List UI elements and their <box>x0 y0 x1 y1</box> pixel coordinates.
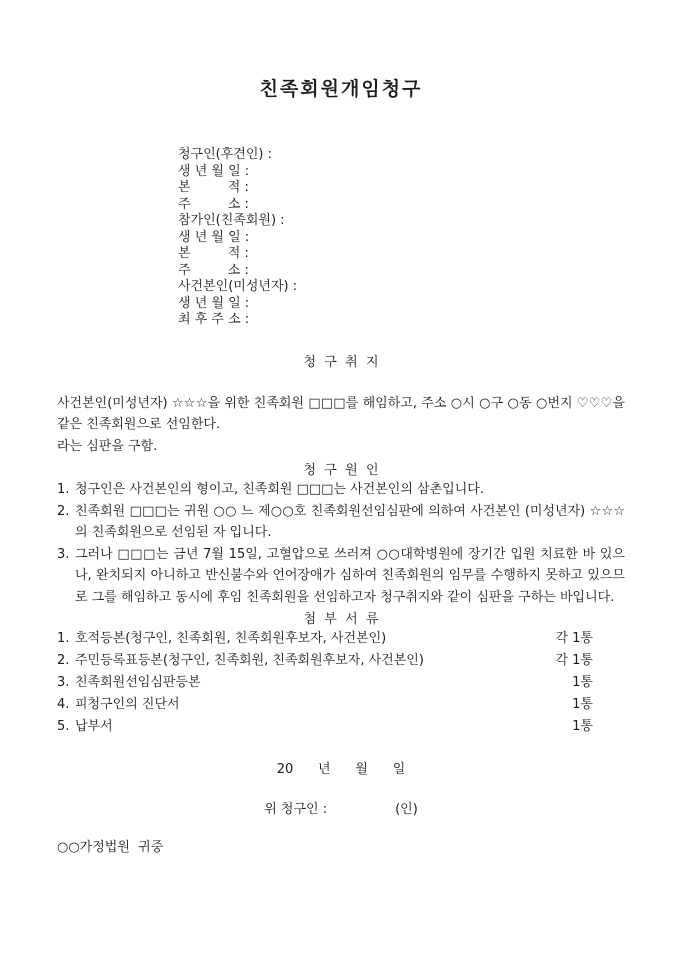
attachment-name: 주민등록표등본(청구인, 친족회원, 친족회원후보자, 사건본인) <box>75 650 535 672</box>
attachment-count: 각 1통 <box>535 628 593 650</box>
item-text: 친족회원 □□□는 귀원 ○○ 느 제○○호 친족회원선임심판에 의하여 사건본… <box>75 501 625 544</box>
claim-cause-item: 1. 청구인은 사건본인의 형이고, 친족회원 □□□는 사건본인의 삼촌입니다… <box>57 479 625 501</box>
claimant-guardian-label: 청구인(후견인) : <box>178 147 625 164</box>
attachments-heading: 첨 부 서 류 <box>57 612 625 628</box>
participant-family-member-label: 참가인(친족회원) : <box>178 213 625 230</box>
item-text: 그러나 □□□는 금년 7월 15일, 고혈압으로 쓰러져 ○○대학병원에 장기… <box>75 544 625 609</box>
address-label: 주 소 : <box>178 197 625 214</box>
attachment-row: 5. 납부서 1통 <box>57 716 625 738</box>
attachment-row: 2. 주민등록표등본(청구인, 친족회원, 친족회원후보자, 사건본인) 각 1… <box>57 650 625 672</box>
registered-domicile-label: 본 적 : <box>178 180 625 197</box>
item-number: 3. <box>57 544 75 609</box>
item-number: 3. <box>57 672 75 694</box>
claim-cause-item: 2. 친족회원 □□□는 귀원 ○○ 느 제○○호 친족회원선임심판에 의하여 … <box>57 501 625 544</box>
attachment-name: 피청구인의 진단서 <box>75 694 535 716</box>
item-number: 2. <box>57 650 75 672</box>
attachment-name: 친족회원선임심판등본 <box>75 672 535 694</box>
document-title: 친족회원개임청구 <box>57 74 625 101</box>
document-page: 친족회원개임청구 청구인(후견인) : 생 년 월 일 : 본 적 : 주 소 … <box>0 0 680 962</box>
attachment-name: 호적등본(청구인, 친족회원, 친족회원후보자, 사건본인) <box>75 628 535 650</box>
attachment-count: 1통 <box>535 716 593 738</box>
claim-cause-item: 3. 그러나 □□□는 금년 7월 15일, 고혈압으로 쓰러져 ○○대학병원에… <box>57 544 625 609</box>
signer-label: 위 청구인 : <box>264 802 327 818</box>
item-number: 1. <box>57 479 75 501</box>
attachment-row: 4. 피청구인의 진단서 1통 <box>57 694 625 716</box>
date-line: 20 년 월 일 <box>57 762 625 778</box>
minor-principal-label: 사건본인(미성년자) : <box>178 279 625 296</box>
address-label: 주 소 : <box>178 263 625 280</box>
item-number: 2. <box>57 501 75 544</box>
claim-purport-tail: 라는 심판을 구함. <box>57 436 625 458</box>
item-number: 5. <box>57 716 75 738</box>
party-info-block: 청구인(후견인) : 생 년 월 일 : 본 적 : 주 소 : 참가인(친족회… <box>178 147 625 329</box>
attachment-count: 각 1통 <box>535 650 593 672</box>
signer-row: 위 청구인 : (인) <box>57 802 625 818</box>
attachment-count: 1통 <box>535 694 593 716</box>
seal-placeholder: (인) <box>395 802 418 818</box>
birth-date-label: 생 년 월 일 : <box>178 230 625 247</box>
claim-purport-heading: 청 구 취 지 <box>57 355 625 371</box>
attachment-count: 1통 <box>535 672 593 694</box>
last-address-label: 최 후 주 소 : <box>178 312 625 329</box>
attachment-row: 3. 친족회원선임심판등본 1통 <box>57 672 625 694</box>
item-number: 1. <box>57 628 75 650</box>
court-address-line: ○○가정법원 귀중 <box>57 840 625 856</box>
claim-purport-body: 사건본인(미성년자) ☆☆☆을 위한 친족회원 □□□를 해임하고, 주소 ○시… <box>57 393 625 436</box>
registered-domicile-label: 본 적 : <box>178 246 625 263</box>
attachment-row: 1. 호적등본(청구인, 친족회원, 친족회원후보자, 사건본인) 각 1통 <box>57 628 625 650</box>
item-text: 청구인은 사건본인의 형이고, 친족회원 □□□는 사건본인의 삼촌입니다. <box>75 479 625 501</box>
attachment-name: 납부서 <box>75 716 535 738</box>
item-number: 4. <box>57 694 75 716</box>
birth-date-label: 생 년 월 일 : <box>178 164 625 181</box>
claim-cause-heading: 청 구 원 인 <box>57 463 625 479</box>
birth-date-label: 생 년 월 일 : <box>178 296 625 313</box>
